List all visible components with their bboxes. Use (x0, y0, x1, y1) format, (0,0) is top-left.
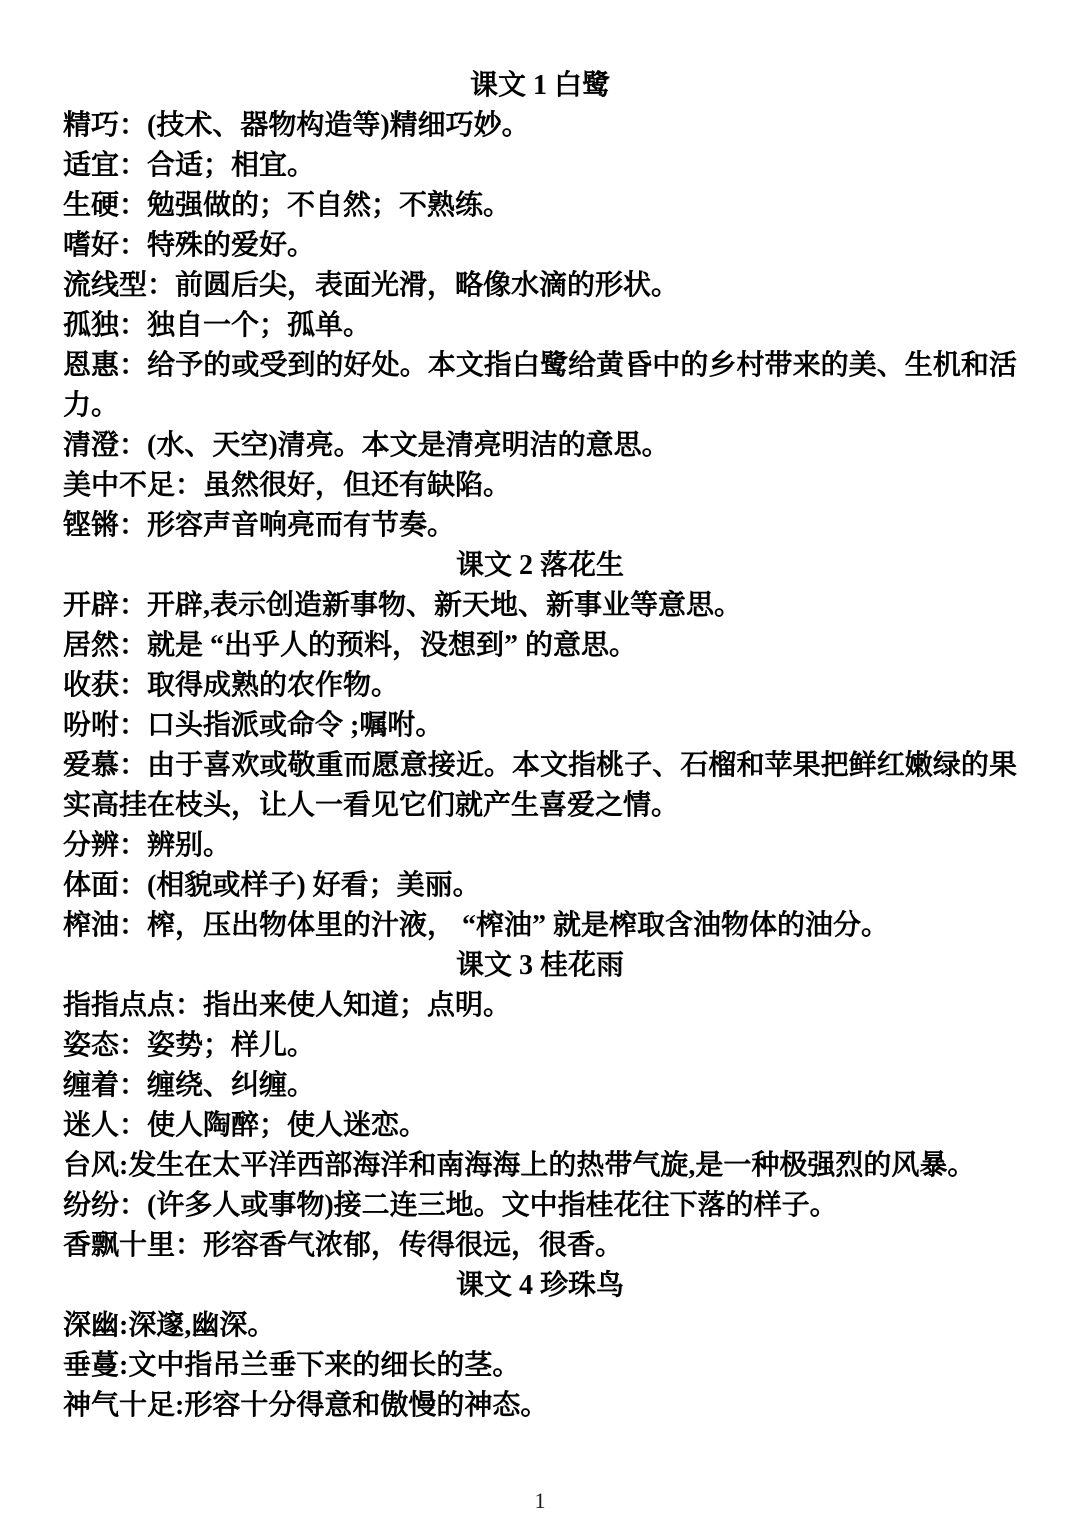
vocab-entry: 垂蔓:文中指吊兰垂下来的细长的茎。 (63, 1346, 1017, 1386)
vocab-entry: 爱慕：由于喜欢或敬重而愿意接近。本文指桃子、石榴和苹果把鲜红嫩绿的果实高挂在枝头… (63, 746, 1017, 826)
vocab-entry: 分辨：辨别。 (63, 826, 1017, 866)
lesson-section: 课文 4 珍珠鸟 深幽:深邃,幽深。垂蔓:文中指吊兰垂下来的细长的茎。神气十足:… (63, 1266, 1017, 1426)
vocab-entry: 体面：(相貌或样子) 好看；美丽。 (63, 866, 1017, 906)
vocab-entry: 纷纷：(许多人或事物)接二连三地。文中指桂花往下落的样子。 (63, 1186, 1017, 1226)
vocab-entry: 姿态：姿势；样儿。 (63, 1026, 1017, 1066)
section-title: 课文 1 白鹭 (63, 66, 1017, 106)
section-title: 课文 2 落花生 (63, 546, 1017, 586)
vocab-entry: 流线型：前圆后尖，表面光滑，略像水滴的形状。 (63, 266, 1017, 306)
vocab-entry: 缠着：缠绕、纠缠。 (63, 1066, 1017, 1106)
vocab-entry: 榨油：榨，压出物体里的汁液， “榨油” 就是榨取含油物体的油分。 (63, 906, 1017, 946)
vocab-entry: 适宜：合适；相宜。 (63, 146, 1017, 186)
vocab-entry: 香飘十里：形容香气浓郁，传得很远，很香。 (63, 1226, 1017, 1266)
vocab-entry: 收获：取得成熟的农作物。 (63, 666, 1017, 706)
vocab-entry: 开辟：开辟,表示创造新事物、新天地、新事业等意思。 (63, 586, 1017, 626)
vocab-entry: 恩惠：给予的或受到的好处。本文指白鹭给黄昏中的乡村带来的美、生机和活力。 (63, 346, 1017, 426)
vocab-entry: 嗜好：特殊的爱好。 (63, 226, 1017, 266)
section-title: 课文 4 珍珠鸟 (63, 1266, 1017, 1306)
vocab-entry: 神气十足:形容十分得意和傲慢的神态。 (63, 1386, 1017, 1426)
vocab-entry: 生硬：勉强做的；不自然；不熟练。 (63, 186, 1017, 226)
section-title: 课文 3 桂花雨 (63, 946, 1017, 986)
vocab-entry: 孤独：独自一个；孤单。 (63, 306, 1017, 346)
lesson-section: 课文 3 桂花雨 指指点点：指出来使人知道；点明。姿态：姿势；样儿。缠着：缠绕、… (63, 946, 1017, 1266)
vocab-entry: 居然：就是 “出乎人的预料，没想到” 的意思。 (63, 626, 1017, 666)
vocab-entry: 美中不足：虽然很好，但还有缺陷。 (63, 466, 1017, 506)
document-page: 课文 1 白鹭 精巧：(技术、器物构造等)精细巧妙。适宜：合适；相宜。生硬：勉强… (0, 0, 1080, 1527)
vocab-entry: 吩咐：口头指派或命令 ;嘱咐。 (63, 706, 1017, 746)
vocab-entry: 精巧：(技术、器物构造等)精细巧妙。 (63, 106, 1017, 146)
vocab-entry: 指指点点：指出来使人知道；点明。 (63, 986, 1017, 1026)
vocab-entry: 台风:发生在太平洋西部海洋和南海海上的热带气旋,是一种极强烈的风暴。 (63, 1146, 1017, 1186)
vocab-entry: 迷人：使人陶醉；使人迷恋。 (63, 1106, 1017, 1146)
document-content: 课文 1 白鹭 精巧：(技术、器物构造等)精细巧妙。适宜：合适；相宜。生硬：勉强… (63, 66, 1017, 1426)
vocab-entry: 铿锵：形容声音响亮而有节奏。 (63, 506, 1017, 546)
lesson-section: 课文 1 白鹭 精巧：(技术、器物构造等)精细巧妙。适宜：合适；相宜。生硬：勉强… (63, 66, 1017, 546)
page-number: 1 (0, 1489, 1080, 1513)
lesson-section: 课文 2 落花生 开辟：开辟,表示创造新事物、新天地、新事业等意思。居然：就是 … (63, 546, 1017, 946)
vocab-entry: 深幽:深邃,幽深。 (63, 1306, 1017, 1346)
vocab-entry: 清澄：(水、天空)清亮。本文是清亮明洁的意思。 (63, 426, 1017, 466)
